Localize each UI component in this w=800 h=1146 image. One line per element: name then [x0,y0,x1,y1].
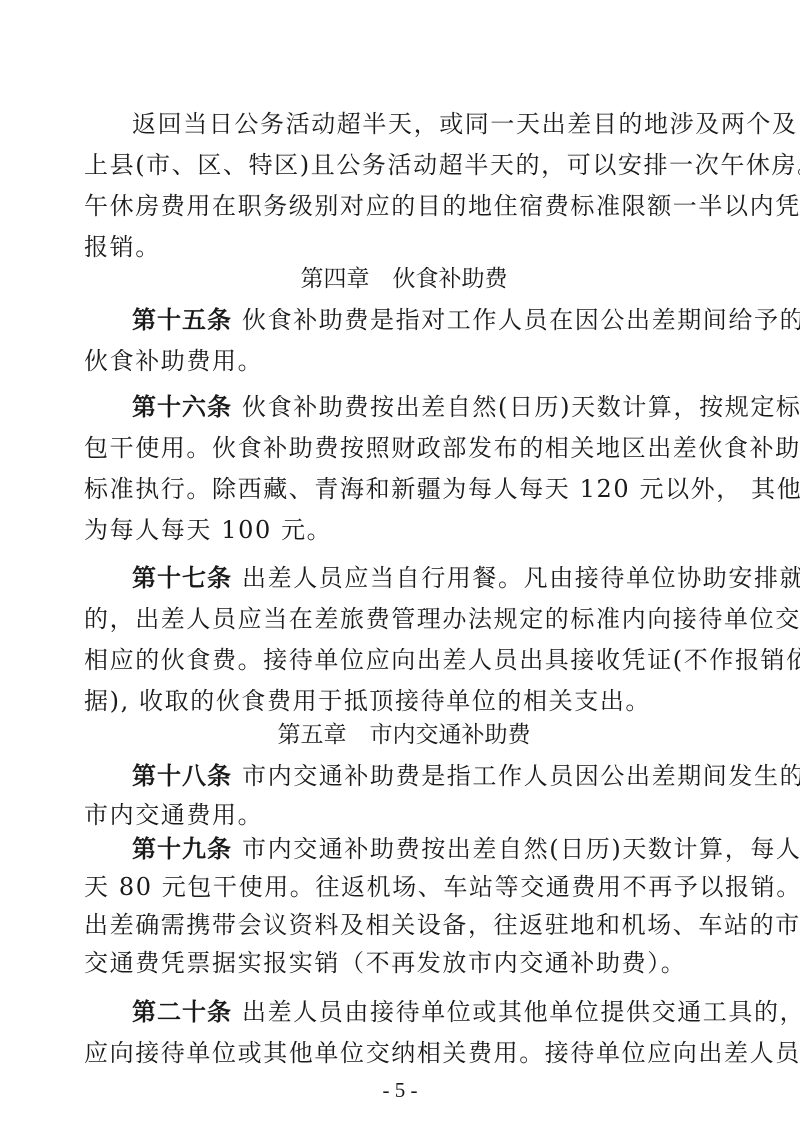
article-line: 应向接待单位或其他单位交纳相关费用。接待单位应向出差人员出 [84,1033,724,1074]
article-line: 第十五条伙食补助费是指对工作人员在因公出差期间给予的 [84,300,724,341]
paragraph-line: 午休房费用在职务级别对应的目的地住宿费标准限额一半以内凭据 [84,186,724,227]
article-line: 为每人每天 100 元。 [84,510,724,551]
article-text: 伙食补助费是指对工作人员在因公出差期间给予的 [242,306,800,334]
article-label: 第二十条 [132,998,232,1026]
article-line: 出差确需携带会议资料及相关设备，往返驻地和机场、车站的市内 [84,905,724,946]
article-label: 第十七条 [132,564,232,592]
paragraph-line: 上县(市、区、特区)且公务活动超半天的，可以安排一次午休房。 [84,145,724,186]
article-label: 第十六条 [132,393,232,421]
article-line: 第十七条出差人员应当自行用餐。凡由接待单位协助安排就餐 [84,558,724,599]
article-line: 交通费凭票据实报实销（不再发放市内交通补助费）。 [84,943,724,984]
article-line: 的，出差人员应当在差旅费管理办法规定的标准内向接待单位交纳 [84,599,724,640]
article-line: 标准执行。除西藏、青海和新疆为每人每天 120 元以外， 其他各地 [84,469,724,510]
article-label: 第十五条 [132,306,232,334]
article-line: 伙食补助费用。 [84,341,724,382]
article-line: 第十八条市内交通补助费是指工作人员因公出差期间发生的 [84,756,724,797]
article-text: 出差人员应当自行用餐。凡由接待单位协助安排就餐 [242,564,800,592]
article-line: 相应的伙食费。接待单位应向出差人员出具接收凭证(不作报销依 [84,640,724,681]
article-line: 第二十条出差人员由接待单位或其他单位提供交通工具的， [84,992,724,1033]
paragraph-line: 返回当日公务活动超半天，或同一天出差目的地涉及两个及以 [84,104,724,145]
article-line: 包干使用。伙食补助费按照财政部发布的相关地区出差伙食补助费 [84,428,724,469]
article-line: 天 80 元包干使用。往返机场、车站等交通费用不再予以报销。因公 [84,867,724,908]
article-text: 出差人员由接待单位或其他单位提供交通工具的， [242,998,800,1026]
article-label: 第十八条 [132,762,232,790]
page-number: - 5 - [0,1078,800,1103]
article-text: 伙食补助费按出差自然(日历)天数计算，按规定标准 [242,393,800,421]
article-text: 市内交通补助费是指工作人员因公出差期间发生的 [242,762,800,790]
chapter-heading: 第四章 伙食补助费 [84,259,724,300]
article-line: 第十九条市内交通补助费按出差自然(日历)天数计算，每人每 [84,829,724,870]
article-line: 第十六条伙食补助费按出差自然(日历)天数计算，按规定标准 [84,387,724,428]
article-label: 第十九条 [132,835,232,863]
article-text: 市内交通补助费按出差自然(日历)天数计算，每人每 [242,835,800,863]
chapter-heading: 第五章 市内交通补助费 [84,715,724,756]
